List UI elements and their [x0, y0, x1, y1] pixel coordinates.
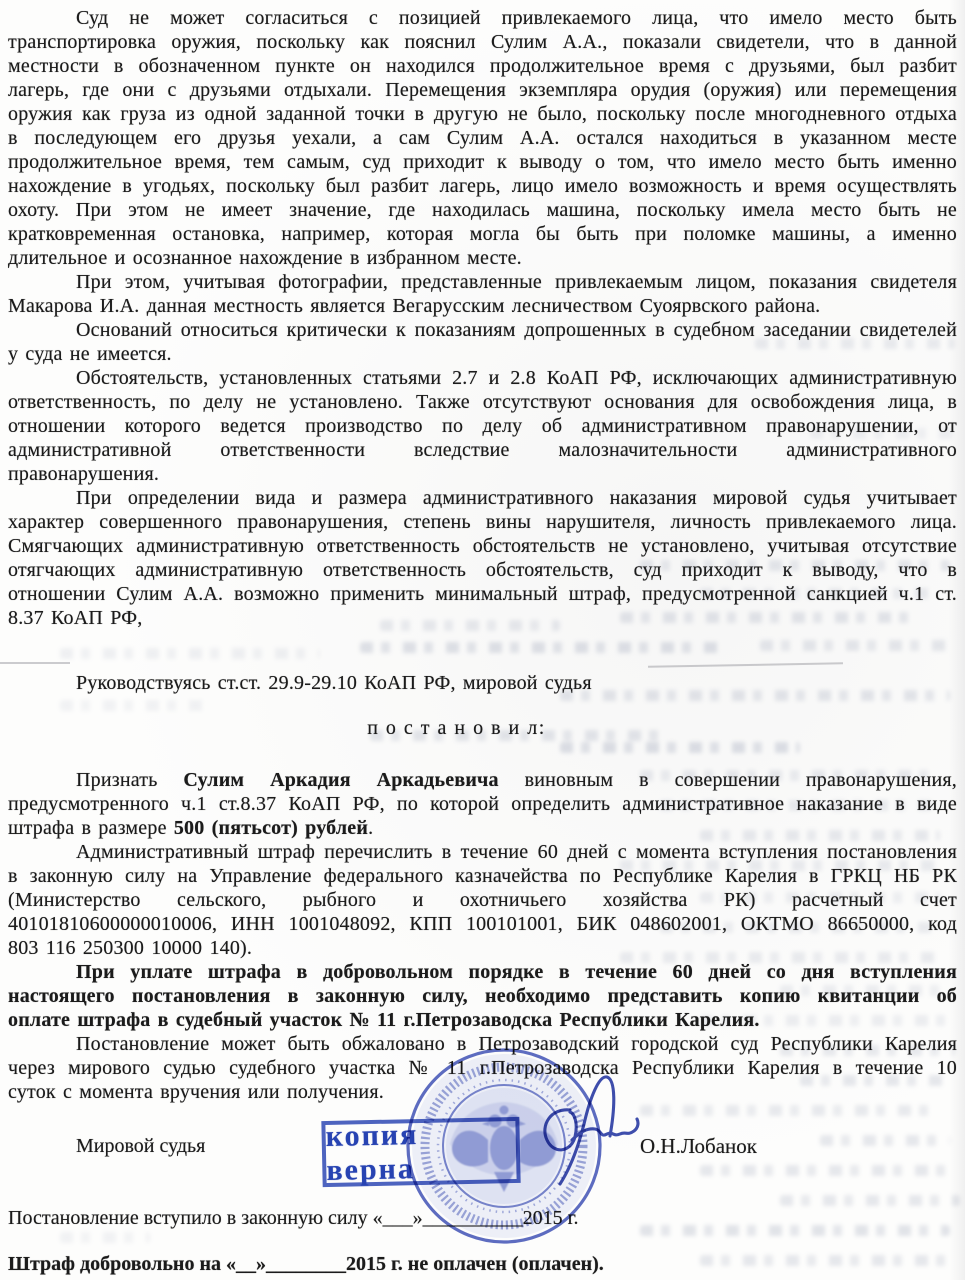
text-line: Оснований относиться критически к показа…: [8, 318, 957, 342]
text-line: у суда не имеется.: [8, 342, 957, 366]
bleedthrough-row: [640, 1105, 940, 1116]
text-line: 40101810600000010006, ИНН 1001048092, КП…: [8, 912, 957, 936]
text-line: Смягчающих административную ответственно…: [8, 534, 957, 558]
judge-role-label: Мировой судья: [76, 1134, 205, 1158]
text-line: Руководствуясь ст.ст. 29.9-29.10 КоАП РФ…: [8, 671, 957, 695]
text-line: Обстоятельств, установленных статьями 2.…: [8, 366, 957, 390]
text-line: При уплате штрафа в добровольном порядке…: [8, 960, 957, 984]
text-line: 803 116 250300 10000 140).: [8, 936, 957, 960]
judge-signature-ink: [520, 1070, 650, 1195]
paragraph: Обстоятельств, установленных статьями 2.…: [8, 366, 957, 486]
text-run: .: [368, 817, 373, 839]
text-line: оружия как груза из одной заданной точки…: [8, 102, 957, 126]
bleedthrough-row: [560, 742, 800, 753]
text-run: 500 (пятьсот) рублей: [174, 817, 368, 839]
text-line: Признать Сулим Аркадия Аркадьевича винов…: [8, 768, 957, 792]
text-line: отношении Сулим А.А. возможно применить …: [8, 582, 957, 606]
bleedthrough-row: [60, 700, 210, 711]
resolution-heading: п о с т а н о в и л:: [8, 716, 957, 740]
text-run: Сулим Аркадия Аркадьевича: [183, 769, 498, 791]
paragraph: Суд не может согласиться с позицией прив…: [8, 6, 957, 270]
text-line: в законную силу на Управление федерально…: [8, 864, 957, 888]
court-ruling-page: Суд не может согласиться с позицией прив…: [0, 0, 965, 1280]
judge-name: О.Н.Лобанок: [640, 1134, 757, 1158]
text-line: правонарушения.: [8, 462, 957, 486]
text-line: отягчающих административную ответственно…: [8, 558, 957, 582]
text-run: штрафа в размере: [8, 817, 174, 839]
text-line: ответственность, по делу не установлено.…: [8, 390, 957, 414]
resolution-heading-text: п о с т а н о в и л:: [367, 717, 546, 739]
text-line: настоящего постановления в законную силу…: [8, 984, 957, 1008]
paragraph: Административный штраф перечислить в теч…: [8, 840, 957, 960]
text-line: Макарова И.А. данная местность является …: [8, 294, 957, 318]
fine-payment-line: Штраф добровольно на «__»________2015 г.…: [8, 1252, 957, 1276]
text-line: продолжительное время, тем самым, суд пр…: [8, 150, 957, 174]
text-line: 8.37 КоАП РФ,: [8, 606, 957, 630]
text-line: охоту. При этом не имеет значение, где н…: [8, 198, 957, 222]
text-line: кратковременная остановка, например, кот…: [8, 222, 957, 246]
text-line: административной ответственности вследст…: [8, 438, 957, 462]
text-line: транспортировка оружия, поскольку как по…: [8, 30, 957, 54]
text-line: местности в обозначенном пункте он наход…: [8, 54, 957, 78]
paragraph: При этом, учитывая фотографии, представл…: [8, 270, 957, 318]
bleedthrough-row: [780, 1195, 960, 1206]
text-line: штрафа в размере 500 (пятьсот) рублей.: [8, 816, 957, 840]
text-line: Административный штраф перечислить в теч…: [8, 840, 957, 864]
text-line: Суд не может согласиться с позицией прив…: [8, 6, 957, 30]
paragraph: При уплате штрафа в добровольном порядке…: [8, 960, 957, 1032]
text-line: лагерь, где они с друзьями отдыхали. Пер…: [8, 78, 957, 102]
document-body-top: Суд не может согласиться с позицией прив…: [8, 6, 957, 695]
text-line: При этом, учитывая фотографии, представл…: [8, 270, 957, 294]
bleedthrough-row: [700, 1165, 950, 1176]
copy-stamp-text: копия верна: [325, 1116, 516, 1188]
paragraph: Оснований относиться критически к показа…: [8, 318, 957, 366]
bleedthrough-row: [60, 1232, 150, 1243]
paragraph: Руководствуясь ст.ст. 29.9-29.10 КоАП РФ…: [8, 671, 957, 695]
text-line: (Министерство сельского, рыбного и охотн…: [8, 888, 957, 912]
copy-verified-stamp: копия верна: [321, 1117, 520, 1187]
text-run: Признать: [76, 769, 183, 791]
text-line: в последующем его друзья уехали, а сам С…: [8, 126, 957, 150]
paragraph: Признать Сулим Аркадия Аркадьевича винов…: [8, 768, 957, 840]
text-line: оплате штрафа в судебный участок № 11 г.…: [8, 1008, 957, 1032]
text-line: длительное и осознанное нахождение в изб…: [8, 246, 957, 270]
text-line: характер совершенного правонарушения, ст…: [8, 510, 957, 534]
text-run: виновным в совершении правонарушения,: [499, 769, 957, 791]
paragraph: При определении вида и размера администр…: [8, 486, 957, 630]
text-line: отношении которого ведется производство …: [8, 414, 957, 438]
text-line: При определении вида и размера администр…: [8, 486, 957, 510]
text-line: нахождение в угодьях, поскольку был разб…: [8, 174, 957, 198]
text-line: предусмотренного ч.1 ст.8.37 КоАП РФ, по…: [8, 792, 957, 816]
